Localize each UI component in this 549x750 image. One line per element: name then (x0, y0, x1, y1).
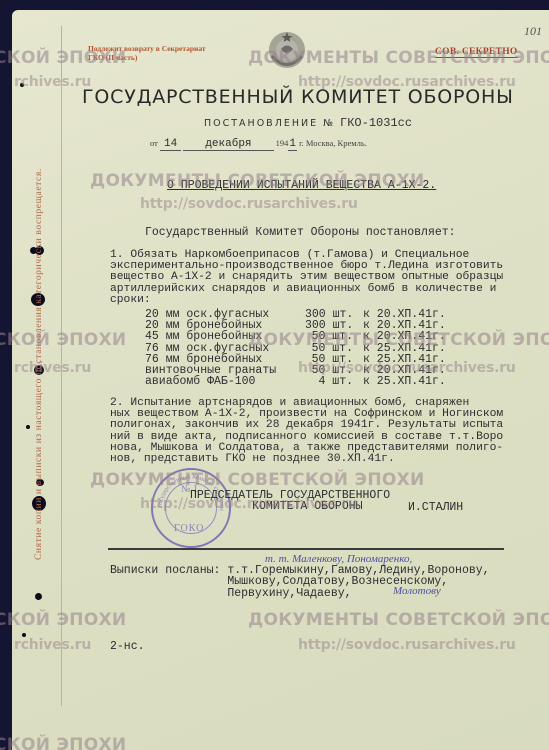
decree-number: ГКО-1031сс (340, 116, 412, 130)
punch-hole-icon (22, 633, 26, 637)
classification-stamp: СОВ. СЕКРЕТНО (435, 47, 518, 58)
punch-hole-icon (26, 425, 30, 429)
signature-title: ПРЕДСЕДАТЕЛЬ ГОСУДАРСТВЕННОГО КОМИТЕТА О… (190, 490, 390, 512)
paragraph-2: 2. Испытание артснарядов и авиационных б… (110, 398, 503, 465)
date-year-digit: 1 (288, 138, 297, 151)
decree-date: от 14 декабря 1941 г. Москва, Кремль. (150, 138, 367, 150)
decree-subject: О ПРОВЕДЕНИИ ИСПЫТАНИЙ ВЕЩЕСТВА А-1Х-2. (167, 179, 436, 192)
return-to-secretariat-note: Подлежит возврату в Секретариат ГКО (II … (88, 45, 206, 62)
handwritten-addressee-molotov: Молотову (393, 585, 441, 597)
punch-hole-icon (20, 83, 24, 87)
margin-rule (61, 26, 62, 706)
punch-hole-icon (35, 593, 42, 600)
decree-header: ПОСТАНОВЛЕНИЕ № ГКО-1031сс (204, 116, 412, 130)
list-item: авиабомб ФАБ-1004 шт.к 25.ХП.41г. (145, 376, 446, 387)
date-month: декабря (183, 138, 273, 151)
paragraph-1: 1. Обязать Наркомбоеприпасов (т.Гамова) … (110, 250, 503, 306)
seal-center-text: ГОКО (174, 523, 204, 534)
separator-rule (108, 548, 504, 550)
copy-prohibition-note: Снятие копии и выписки из настоящего пос… (34, 40, 44, 560)
ussr-coat-of-arms-icon (266, 29, 308, 71)
decree-label: ПОСТАНОВЛЕНИЕ № (204, 118, 335, 129)
signer-name: И.СТАЛИН (408, 501, 463, 514)
typist-initials: 2-нс. (110, 640, 145, 653)
date-day: 14 (160, 138, 181, 151)
preamble: Государственный Комитет Обороны постанов… (145, 226, 456, 239)
issuer-title: ГОСУДАРСТВЕННЫЙ КОМИТЕТ ОБОРОНЫ (82, 86, 514, 108)
list-item: 45 мм бронебойных50 шт.к 20.ХП.41г. (145, 331, 446, 342)
munitions-list: 20 мм оск.фугасных300 шт.к 20.ХП.41г. 20… (145, 309, 446, 387)
folio-number: 101 (524, 24, 542, 39)
